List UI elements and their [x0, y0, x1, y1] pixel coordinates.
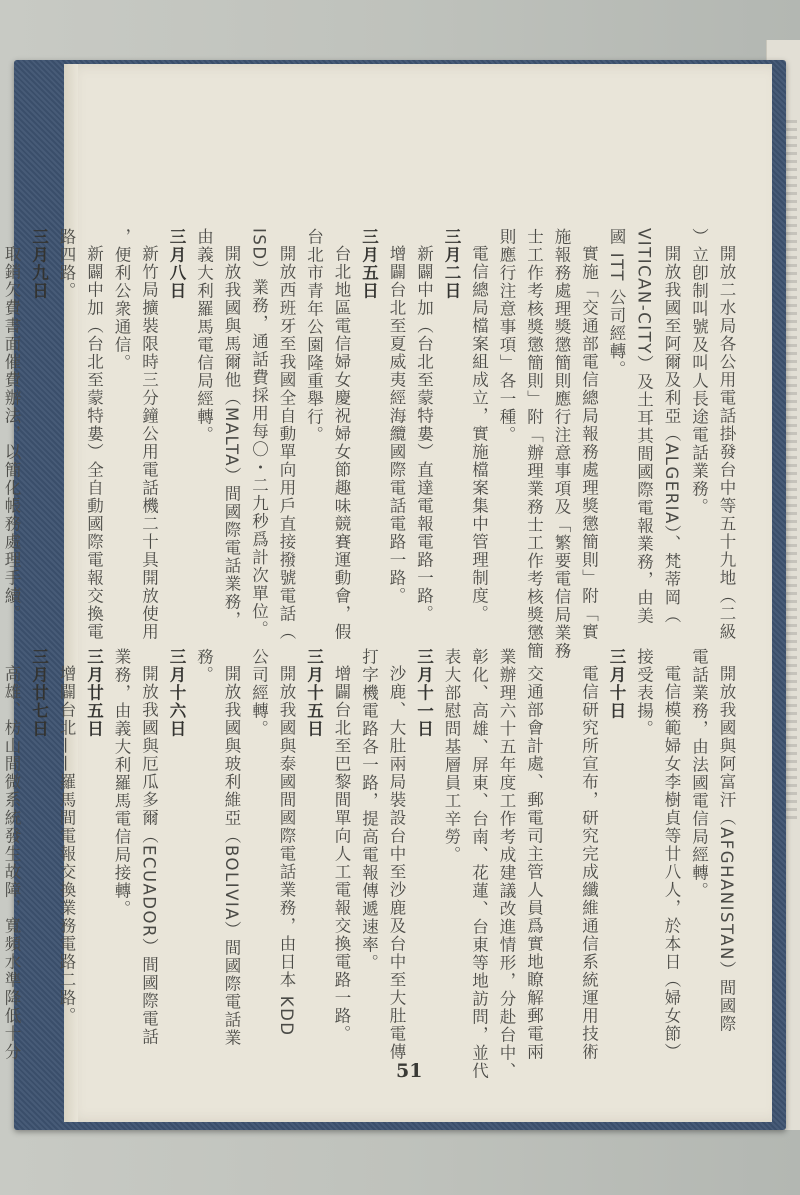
text-column: 開放我國與阿富汗（AFGHANISTAN）間國際	[713, 648, 741, 1038]
date-heading: 三月五日	[355, 228, 383, 618]
text-column: 電信總局檔案組成立，實施檔案集中管理制度。	[465, 228, 493, 618]
date-heading: 三月廿七日	[25, 648, 53, 1038]
text-column: 施報務處理獎懲簡則應行注意事項及「繁要電信局業務	[548, 228, 576, 618]
text-column: 開放二水局各公用電話掛發台中等五十九地（二級	[713, 228, 741, 618]
text-column: 由義大利羅馬電信局經轉。	[190, 228, 218, 618]
text-column: 高雄、枋山間微系統發生故障，寬頻水準降低十分	[0, 648, 25, 1038]
text-column: 電信研究所宣布，研究完成纖維通信系統運用技術	[575, 648, 603, 1038]
text-column: 開放我國與泰國間國際電話業務，由日本 KDD	[273, 648, 301, 1038]
text-column: 彰化、高雄、屏東、台南、花蓮、台東等地訪問，並代	[465, 648, 493, 1038]
text-column: 國 ITT 公司經轉。	[603, 228, 631, 618]
date-heading: 三月八日	[163, 228, 191, 618]
text-column: 實施「交通部電信總局報務處理獎懲簡則」附「實	[575, 228, 603, 618]
date-heading: 三月二日	[438, 228, 466, 618]
text-column: 新竹局擴裝限時三分鐘公用電話機二十具開放使用	[135, 228, 163, 618]
text-column: 台北地區電信婦女慶祝婦女節趣味競賽運動會，假	[328, 228, 356, 618]
text-column: 打字機電路各一路，提高電報傳遞速率。	[355, 648, 383, 1038]
text-column: 增闢台北至夏威夷經海纜國際電話電路一路。	[383, 228, 411, 618]
text-column: 公司經轉。	[245, 648, 273, 1038]
text-column: 開放西班牙至我國全自動單向用戶直接撥號電話（	[273, 228, 301, 618]
text-column: 務。	[190, 648, 218, 1038]
date-heading: 三月九日	[25, 228, 53, 618]
text-column: 電信模範婦女李樹貞等廿八人，於本日（婦女節）	[658, 648, 686, 1038]
text-column: 開放我國與馬爾他（MALTA）間國際電話業務，	[218, 228, 246, 618]
text-column: 業辦理六十五年度工作考成建議改進情形，分赴台中、	[493, 648, 521, 1038]
text-column: ，便利公衆通信。	[108, 228, 136, 618]
text-column: 。	[548, 648, 576, 1038]
text-column: 電話業務，由法國電信局經轉。	[685, 648, 713, 1038]
text-column: VITICAN-CITY）及土耳其間國際電報業務，由美	[630, 228, 658, 618]
date-heading: 三月十日	[603, 648, 631, 1038]
text-column: 台北市青年公園隆重舉行。	[300, 228, 328, 618]
text-column: ）立卽制叫號及叫人長途電話業務。	[685, 228, 713, 618]
text-column: 沙鹿、大肚兩局裝設台中至沙鹿及台中至大肚電傳	[383, 648, 411, 1038]
text-column: 新闢中加（台北至蒙特婁）全自動國際電報交換電	[80, 228, 108, 618]
text-column: 路四路。	[53, 228, 81, 618]
text-column: ISD）業務，通話費採用每〇・二九秒爲計次單位。	[245, 228, 273, 618]
text-column: 增闢台北——羅馬間電報交換業務電路二路。	[53, 648, 81, 1038]
text-column: 交通部會計處、郵電司主管人員爲實地瞭解郵電兩	[520, 648, 548, 1038]
text-column: 業務，由義大利羅馬電信局接轉。	[108, 648, 136, 1038]
date-heading: 三月十五日	[300, 648, 328, 1038]
top-text-section: 開放二水局各公用電話掛發台中等五十九地（二級）立卽制叫號及叫人長途電話業務。開放…	[120, 228, 740, 618]
text-column: 表大部慰問基層員工辛勞。	[438, 648, 466, 1038]
text-column: 增闢台北至巴黎間單向人工電報交換電路一路。	[328, 648, 356, 1038]
date-heading: 三月十六日	[163, 648, 191, 1038]
page-number: 51	[396, 1060, 422, 1082]
text-column: 新闢中加（台北至蒙特婁）直達電報電路一路。	[410, 228, 438, 618]
text-column: 開放我國與厄瓜多爾（ECUADOR）間國際電話	[135, 648, 163, 1038]
text-column: 取銷欠費書面催費辦法，以簡化帳務處理手續。	[0, 228, 25, 618]
date-heading: 三月廿五日	[80, 648, 108, 1038]
text-column: 開放我國與玻利維亞（BOLIVIA）間國際電話業	[218, 648, 246, 1038]
text-column: 接受表揚。	[630, 648, 658, 1038]
date-heading: 三月十一日	[410, 648, 438, 1038]
text-column: 開放我國至阿爾及利亞（ALGERIA）、梵蒂岡（	[658, 228, 686, 618]
text-column: 則應行注意事項」各一種。	[493, 228, 521, 618]
text-column: 士工作考核獎懲簡則」附「辦理業務士工作考核獎懲簡	[520, 228, 548, 618]
bottom-text-section: 開放我國與阿富汗（AFGHANISTAN）間國際電話業務，由法國電信局經轉。電信…	[120, 648, 740, 1038]
